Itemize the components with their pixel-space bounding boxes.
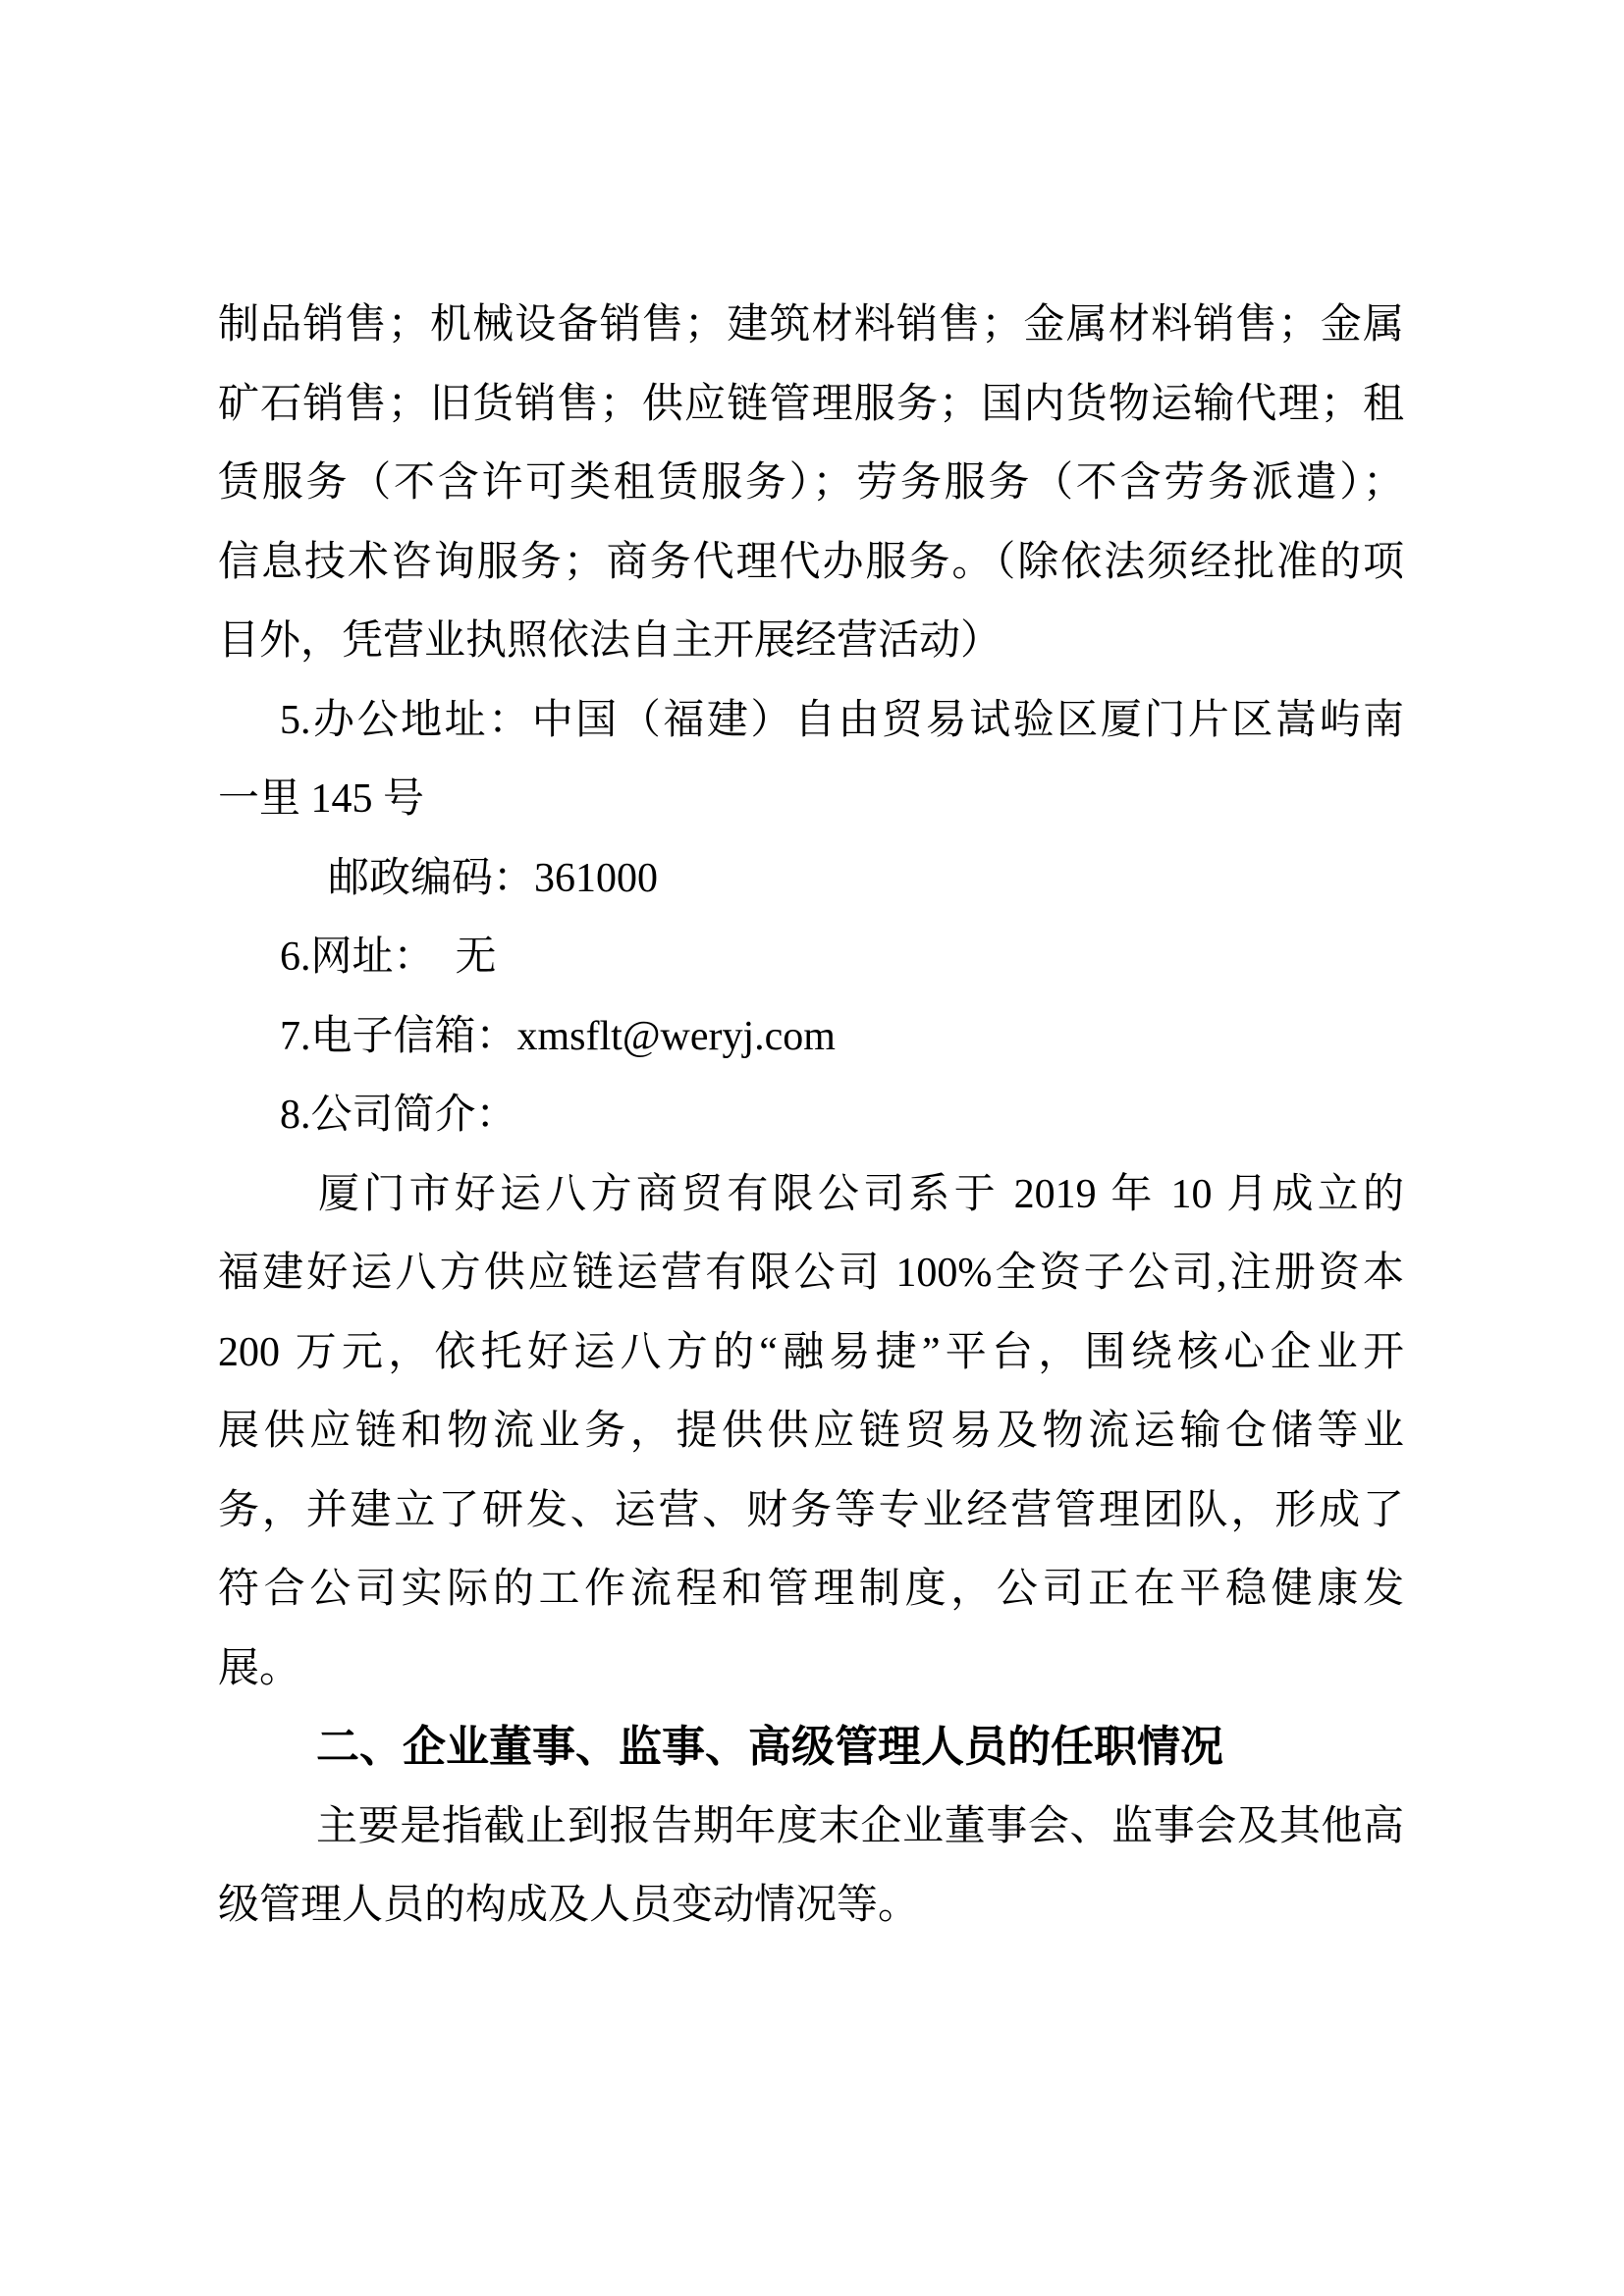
business-scope-line-2: 矿石销售；旧货销售；供应链管理服务；国内货物运输代理；租	[218, 365, 1404, 445]
business-scope-line-4: 信息技术咨询服务；商务代理代办服务。（除依法须经批准的项	[218, 523, 1404, 603]
company-intro-line-3: 200 万元，依托好运八方的“融易捷”平台，围绕核心企业开	[218, 1313, 1404, 1393]
company-intro-line-7: 展。	[218, 1629, 1404, 1709]
company-intro-line-4: 展供应链和物流业务，提供供应链贸易及物流运输仓储等业	[218, 1392, 1404, 1471]
company-intro-line-5: 务，并建立了研发、运营、财务等专业经营管理团队，形成了	[218, 1471, 1404, 1551]
company-intro-label: 8.公司简介：	[218, 1076, 1404, 1155]
document-body: 制品销售；机械设备销售；建筑材料销售；金属材料销售；金属 矿石销售；旧货销售；供…	[0, 0, 1624, 1946]
business-scope-line-5: 目外，凭营业执照依法自主开展经营活动）	[218, 602, 1404, 681]
business-scope-line-1: 制品销售；机械设备销售；建筑材料销售；金属材料销售；金属	[218, 286, 1404, 365]
document-page: 制品销售；机械设备销售；建筑材料销售；金属材料销售；金属 矿石销售；旧货销售；供…	[0, 0, 1624, 2296]
company-intro-line-1: 厦门市好运八方商贸有限公司系于 2019 年 10 月成立的	[218, 1155, 1404, 1235]
postal-code-line: 邮政编码：361000	[218, 839, 1404, 919]
email-line: 7.电子信箱：xmsflt@weryj.com	[218, 997, 1404, 1077]
office-address-line-1: 5.办公地址：中国（福建）自由贸易试验区厦门片区嵩屿南	[218, 681, 1404, 761]
business-scope-line-3: 赁服务（不含许可类租赁服务）；劳务服务（不含劳务派遣）；	[218, 444, 1404, 523]
office-address-line-2: 一里 145 号	[218, 760, 1404, 839]
website-line: 6.网址： 无	[218, 918, 1404, 997]
section-two-summary-line-1: 主要是指截止到报告期年度末企业董事会、监事会及其他高	[218, 1788, 1404, 1867]
company-intro-line-2: 福建好运八方供应链运营有限公司 100%全资子公司,注册资本	[218, 1234, 1404, 1313]
section-two-summary-line-2: 级管理人员的构成及人员变动情况等。	[218, 1866, 1404, 1946]
company-intro-line-6: 符合公司实际的工作流程和管理制度，公司正在平稳健康发	[218, 1550, 1404, 1629]
section-two-heading: 二、企业董事、监事、高级管理人员的任职情况	[218, 1708, 1404, 1788]
